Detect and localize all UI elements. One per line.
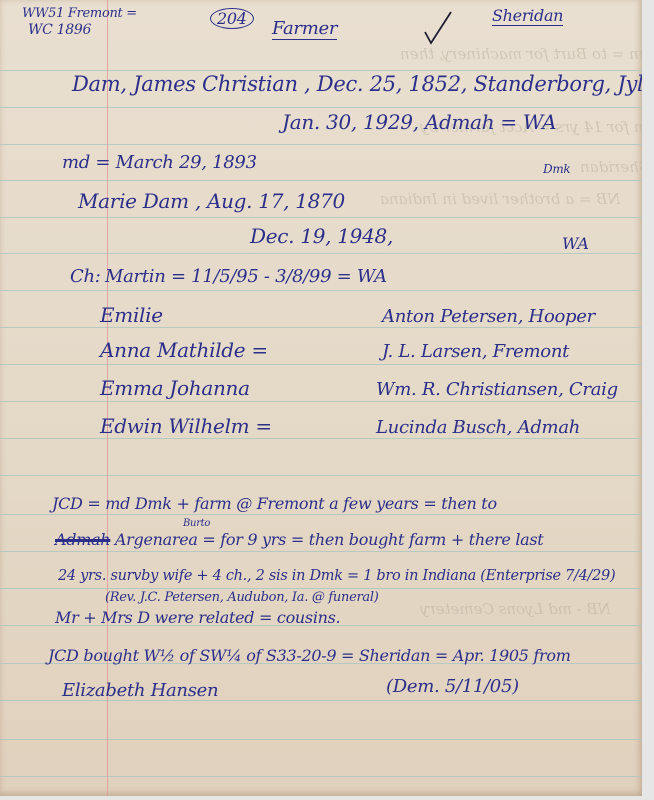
township: Sheridan xyxy=(492,6,563,26)
check-mark-icon xyxy=(423,10,453,46)
subject-death: Jan. 30, 1929, Admah = WA xyxy=(282,110,556,134)
spouse-burial: WA xyxy=(562,234,589,253)
rule-line xyxy=(0,588,642,589)
rule-line xyxy=(0,70,642,71)
note-line: (Rev. J.C. Petersen, Audubon, Ia. @ fune… xyxy=(105,590,378,605)
note-line: Mr + Mrs D were related = cousins. xyxy=(55,608,340,627)
occupation: Farmer xyxy=(272,18,337,40)
rule-line xyxy=(0,514,642,515)
note-line: Elizabeth Hansen xyxy=(62,680,218,701)
rule-line xyxy=(0,551,642,552)
child-spouse: Wm. R. Christiansen, Craig xyxy=(376,379,618,400)
rule-line xyxy=(0,776,642,777)
note-insert: Burto xyxy=(183,518,210,529)
lined-paper-page: NB - DW51 Fremont as young man = to Burt… xyxy=(0,0,642,796)
marriage-date: md = March 29, 1893 xyxy=(62,152,257,173)
rule-line xyxy=(0,107,642,108)
children-label: Ch: xyxy=(70,266,101,287)
rule-line xyxy=(0,217,642,218)
note-line: - Argenarea = for 9 yrs = then bought fa… xyxy=(105,530,543,549)
page-number: 204 xyxy=(210,8,254,29)
rule-line xyxy=(0,290,642,291)
subject-name-birth: Dam, James Christian , Dec. 25, 1852, St… xyxy=(72,72,642,96)
rule-line xyxy=(0,144,642,145)
rule-line xyxy=(0,364,642,365)
bleed-through-text: Sheridan xyxy=(580,158,642,176)
child-name: Edwin Wilhelm = xyxy=(100,414,272,438)
bleed-through-text: NB - DW51 Fremont as young man = to Burt… xyxy=(400,45,642,63)
rule-line xyxy=(0,253,642,254)
rule-line xyxy=(0,438,642,439)
source-note-line1: WW51 Fremont = xyxy=(22,6,137,21)
child-name: Anna Mathilde = xyxy=(100,338,268,362)
child-spouse: Lucinda Busch, Admah xyxy=(376,417,580,438)
deed-reference: (Dem. 5/11/05) xyxy=(386,676,519,697)
bleed-through-text: NB = a brother lived in Indiana xyxy=(380,190,620,208)
child-name: Emma Johanna xyxy=(100,376,250,400)
rule-line xyxy=(0,739,642,740)
origin-note: Dmk xyxy=(543,162,570,176)
spouse-name-birth: Marie Dam , Aug. 17, 1870 xyxy=(78,189,345,213)
rule-line xyxy=(0,401,642,402)
note-line: JCD = md Dmk + farm @ Fremont a few year… xyxy=(52,494,497,513)
note-struck-word: Admah xyxy=(55,530,110,549)
child-name: Emilie xyxy=(100,303,163,327)
child-spouse: Anton Petersen, Hooper xyxy=(382,306,595,327)
spouse-death: Dec. 19, 1948, xyxy=(250,224,393,248)
rule-line xyxy=(0,327,642,328)
rule-line xyxy=(0,475,642,476)
rule-line xyxy=(0,180,642,181)
bleed-through-text: NB - md Lyons Cemetery xyxy=(420,600,611,618)
source-note-line2: WC 1896 xyxy=(28,22,91,38)
child-martin: Martin = 11/5/95 - 3/8/99 = WA xyxy=(105,266,387,287)
child-spouse: J. L. Larsen, Fremont xyxy=(382,341,569,362)
note-line: JCD bought W½ of SW¼ of S33-20-9 = Sheri… xyxy=(48,646,571,665)
note-line: 24 yrs. survby wife + 4 ch., 2 sis in Dm… xyxy=(58,568,615,584)
